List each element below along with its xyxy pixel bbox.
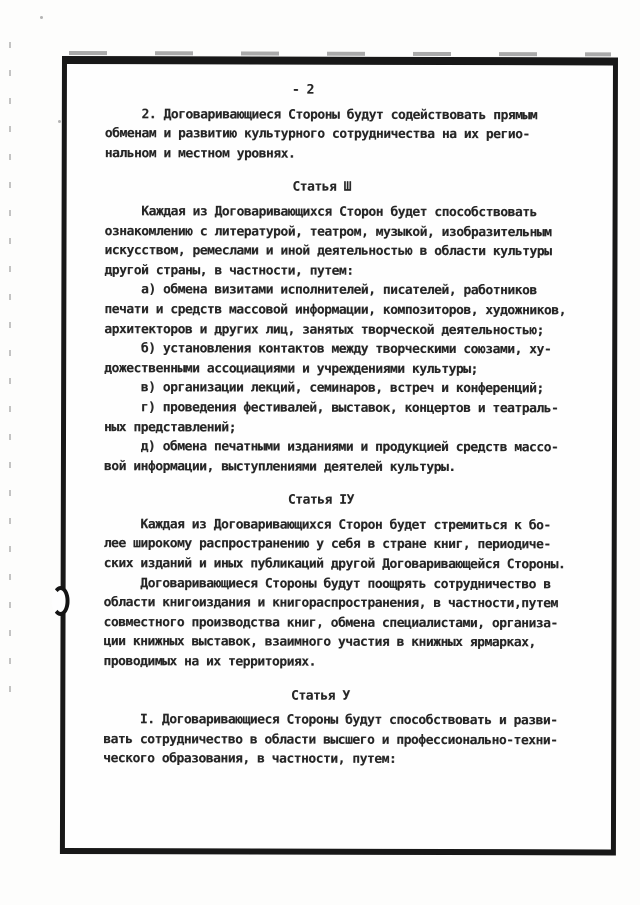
text-line: а) обмена визитами исполнителей, писател… [104, 280, 612, 301]
scanned-document-page: { "page_number": "- 2", "document": { "b… [0, 0, 640, 905]
page-number: - 2 [72, 80, 534, 101]
article-5-heading: Статья У [89, 686, 551, 707]
text-line: 2. Договаривающиеся Стороны будут содейс… [105, 105, 613, 126]
text-line: ознакомлению с литературой, театром, муз… [105, 222, 613, 243]
text-line: нальном и местном уровнях. [105, 144, 613, 165]
text-line: другой страны, в частности, путем: [104, 261, 612, 282]
text-line: искусством, ремеслами и иной деятельност… [104, 241, 612, 262]
text-line: ции книжных выставок, взаимного участия … [103, 633, 611, 654]
text-line: Каждая из Договаривающихся Сторон будет … [105, 202, 613, 223]
text-line: области книгоиздания и книгораспростране… [104, 593, 612, 614]
text-line: совместного производства книг, обмена сп… [103, 613, 611, 634]
article-3-heading: Статья Ш [91, 177, 553, 198]
scan-speck [40, 16, 43, 19]
text-line: проводимых на их территориях. [103, 652, 611, 673]
text-line: архитекторов и других лиц, занятых творч… [104, 320, 612, 341]
article-4-heading: Статья IУ [90, 490, 552, 511]
article-5-body: I. Договаривающиеся Стороны будут способ… [103, 710, 611, 770]
article-3-body: Каждая из Договаривающихся Сторон будет … [104, 202, 613, 478]
text-line: ных представлений; [104, 418, 612, 439]
text-line: I. Договаривающиеся Стороны будут способ… [103, 710, 611, 731]
text-line: Договаривающиеся Стороны будут поощрять … [104, 574, 612, 595]
page-frame: - 2 2. Договаривающиеся Стороны будут со… [60, 56, 618, 855]
text-line: вой информации, выступлениями деятелей к… [104, 457, 612, 478]
text-line: д) обмена печатными изданиями и продукци… [104, 437, 612, 458]
text-line: ских изданий и иных публикаций другой До… [104, 554, 612, 575]
text-line: ческого образования, в частности, путем: [103, 750, 611, 771]
clause-2-paragraph: 2. Договаривающиеся Стороны будут содейс… [105, 105, 613, 165]
text-line: дожественными ассоциациями и учреждениям… [104, 359, 612, 380]
article-4-body: Каждая из Договаривающихся Сторон будет … [103, 515, 611, 673]
text-line: Каждая из Договаривающихся Сторон будет … [104, 515, 612, 536]
text-line: лее широкому распространению у себя в ст… [104, 535, 612, 556]
text-line: в) организации лекций, семинаров, встреч… [104, 378, 612, 399]
document-blocks: 2. Договаривающиеся Стороны будут содейс… [103, 105, 613, 771]
text-line: б) установления контактов между творческ… [104, 339, 612, 360]
scan-speck [58, 120, 61, 123]
text-line: печати и средств массовой информации, ко… [104, 300, 612, 321]
scan-edge-marks [9, 42, 11, 702]
page-content: - 2 2. Договаривающиеся Стороны будут со… [65, 64, 613, 849]
text-line: обменам и развитию культурного сотруднич… [105, 124, 613, 145]
text-line: г) проведения фестивалей, выставок, конц… [104, 398, 612, 419]
text-line: вать сотрудничество в области высшего и … [103, 730, 611, 751]
